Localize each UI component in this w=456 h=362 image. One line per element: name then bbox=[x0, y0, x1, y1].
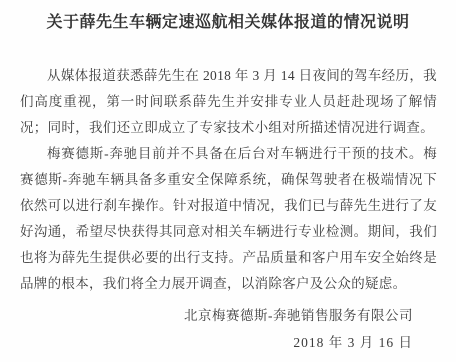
document-body: 从媒体报道获悉薛先生在 2018 年 3 月 14 日夜间的驾车经历，我们高度重… bbox=[20, 63, 437, 297]
signature-company: 北京梅赛德斯-奔驰销售服务有限公司 bbox=[184, 307, 413, 325]
signature-date: 2018 年 3 月 16 日 bbox=[184, 334, 413, 352]
paragraph-1: 从媒体报道获悉薛先生在 2018 年 3 月 14 日夜间的驾车经历，我们高度重… bbox=[20, 63, 437, 141]
signature-block: 北京梅赛德斯-奔驰销售服务有限公司 2018 年 3 月 16 日 bbox=[184, 307, 413, 352]
document-page: 关于薛先生车辆定速巡航相关媒体报道的情况说明 从媒体报道获悉薛先生在 2018 … bbox=[0, 0, 456, 362]
document-title: 关于薛先生车辆定速巡航相关媒体报道的情况说明 bbox=[20, 12, 436, 34]
paragraph-2: 梅赛德斯-奔驰目前并不具备在后台对车辆进行干预的技术。梅赛德斯-奔驰车辆具备多重… bbox=[20, 141, 437, 297]
